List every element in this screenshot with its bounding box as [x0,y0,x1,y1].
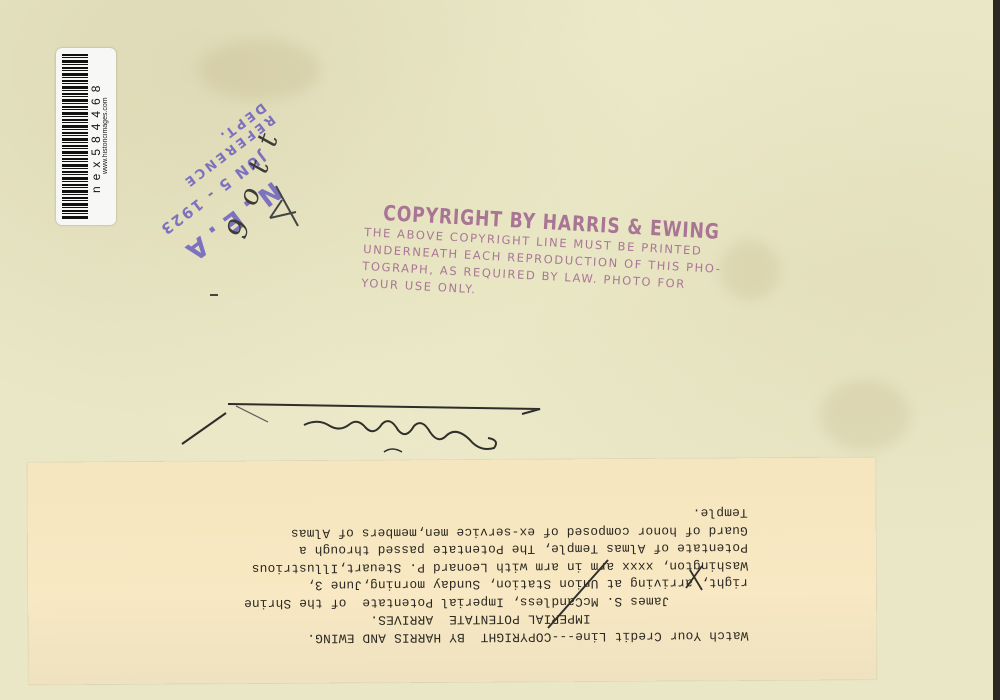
handwritten-name [304,421,496,449]
pencil-dot [210,294,218,296]
caption-slip: Watch Your Credit Line---COPYRIGHT BY HA… [27,457,876,684]
barcode-digits: nex584468 [89,50,103,222]
photo-back-paper: nex584468 www.historicimages.com N.E.A J… [0,0,993,700]
scan-edge [993,0,1000,700]
pencil-bracket-tick [182,413,226,444]
paper-stain [820,380,910,450]
paper-stain [720,240,780,300]
copyright-stamp: COPYRIGHT BY HARRIS & EWING THE ABOVE CO… [361,200,716,311]
barcode-icon [62,54,88,219]
caption-text-upside-down: Watch Your Credit Line---COPYRIGHT BY HA… [27,457,876,684]
caption-body: Watch Your Credit Line---COPYRIGHT BY HA… [48,504,749,648]
pencil-bracket-line [228,404,540,414]
